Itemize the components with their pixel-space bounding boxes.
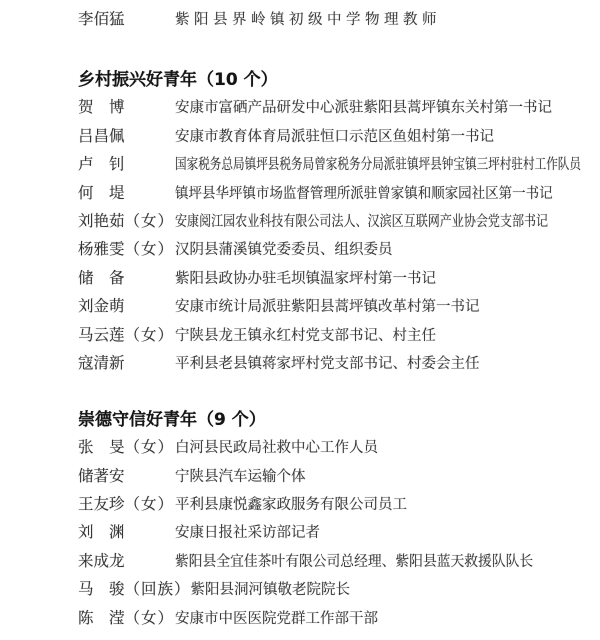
person-name-text: 储 备 <box>78 269 125 287</box>
section-title-virtue-integrity: 崇德守信好青年（9 个） <box>78 407 574 433</box>
person-name-text: 李佰猛 <box>78 10 125 28</box>
gender-annotation: （女） <box>125 609 175 627</box>
person-name: 来成龙 <box>78 547 175 575</box>
person-description: 安康阅江园农业科技有限公司法人、汉滨区互联网产业协会党支部书记 <box>175 208 548 236</box>
entry-row: 马云莲（女） 宁陕县龙王镇永红村党支部书记、村主任 <box>78 321 574 349</box>
entry-row: 张 旻（女） 白河县民政局社救中心工作人员 <box>78 433 574 461</box>
person-name: 储著安 <box>78 462 175 490</box>
person-name: 刘艳茹（女） <box>78 207 175 235</box>
person-name: 卢 钊 <box>78 150 175 178</box>
person-name-text: 张 旻 <box>78 438 125 456</box>
person-name-text: 贺 博 <box>78 98 125 116</box>
person-name-text: 刘艳茹 <box>78 212 125 230</box>
person-name: 陈 滢（女） <box>78 604 175 632</box>
section-title-rural-revitalization: 乡村振兴好青年（10 个） <box>78 67 574 93</box>
person-name: 王友珍（女） <box>78 490 175 518</box>
person-name: 贺 博 <box>78 93 175 121</box>
person-description: 白河县民政局社救中心工作人员 <box>175 434 378 462</box>
gender-annotation: （回族） <box>125 580 191 598</box>
person-name-text: 马 骏 <box>78 580 125 598</box>
person-name: 刘金萌 <box>78 292 175 320</box>
person-name: 储 备 <box>78 264 175 292</box>
person-name-text: 刘金萌 <box>78 297 125 315</box>
person-description: 安康市富硒产品研发中心派驻紫阳县蒿坪镇东关村第一书记 <box>175 94 552 122</box>
entry-row: 刘金萌 安康市统计局派驻紫阳县蒿坪镇改革村第一书记 <box>78 292 574 320</box>
person-description: 宁陕县汽车运输个体 <box>175 463 306 491</box>
person-name: 何 堤 <box>78 179 175 207</box>
entry-row: 储著安 宁陕县汽车运输个体 <box>78 462 574 490</box>
person-description: 紫阳县政协办驻毛坝镇温家坪村第一书记 <box>175 265 436 293</box>
person-name: 吕昌佩 <box>78 122 175 150</box>
person-description: 安康日报社采访部记者 <box>175 519 320 547</box>
person-name-text: 储著安 <box>78 467 125 485</box>
gender-annotation: （女） <box>125 240 175 258</box>
person-name-text: 寇清新 <box>78 354 125 372</box>
person-name: 刘 渊 <box>78 518 175 546</box>
entry-row: 何 堤 镇坪县华坪镇市场监督管理所派驻曾家镇和顺家园社区第一书记 <box>78 179 574 207</box>
person-name-text: 王友珍 <box>78 495 125 513</box>
entry-row: 刘艳茹（女） 安康阅江园农业科技有限公司法人、汉滨区互联网产业协会党支部书记 <box>78 207 574 235</box>
person-description: 紫阳县全宜佳茶叶有限公司总经理、紫阳县蓝天救援队队长 <box>175 548 533 576</box>
gender-annotation: （女） <box>125 326 175 344</box>
person-name-text: 马云莲 <box>78 326 125 344</box>
person-name-text: 卢 钊 <box>78 155 125 173</box>
gender-annotation: （女） <box>125 212 175 230</box>
person-description: 紫阳县界岭镇初级中学物理教师 <box>175 6 441 34</box>
person-description: 安康市教育体育局派驻恒口示范区鱼姐村第一书记 <box>175 123 494 151</box>
person-description: 汉阴县蒲溪镇党委委员、组织委员 <box>175 236 393 264</box>
scanned-document-page: 李佰猛 紫阳县界岭镇初级中学物理教师 乡村振兴好青年（10 个） 贺 博 安康市… <box>0 0 600 632</box>
entry-row: 吕昌佩 安康市教育体育局派驻恒口示范区鱼姐村第一书记 <box>78 122 574 150</box>
person-name-text: 杨雅雯 <box>78 240 125 258</box>
person-name-text: 来成龙 <box>78 552 125 570</box>
entry-row: 寇清新 平利县老县镇蒋家坪村党支部书记、村委会主任 <box>78 349 574 377</box>
entry-row: 储 备 紫阳县政协办驻毛坝镇温家坪村第一书记 <box>78 264 574 292</box>
person-description: 国家税务总局镇坪县税务局曾家税务分局派驻镇坪县钟宝镇三坪村驻村工作队员 <box>175 151 581 179</box>
person-name-text: 陈 滢 <box>78 609 125 627</box>
entry-row: 来成龙 紫阳县全宜佳茶叶有限公司总经理、紫阳县蓝天救援队队长 <box>78 547 574 575</box>
person-description: 镇坪县华坪镇市场监督管理所派驻曾家镇和顺家园社区第一书记 <box>175 180 553 208</box>
person-name: 杨雅雯（女） <box>78 235 175 263</box>
entry-row: 王友珍（女） 平利县康悦鑫家政服务有限公司员工 <box>78 490 574 518</box>
person-name: 寇清新 <box>78 349 175 377</box>
entry-row: 刘 渊 安康日报社采访部记者 <box>78 518 574 546</box>
person-name: 马 骏（回族） <box>78 575 191 603</box>
gender-annotation: （女） <box>125 495 175 513</box>
person-description: 紫阳县洞河镇敬老院院长 <box>191 576 351 604</box>
person-description: 宁陕县龙王镇永红村党支部书记、村主任 <box>175 322 436 350</box>
person-name: 李佰猛 <box>78 5 175 33</box>
entry-row: 李佰猛 紫阳县界岭镇初级中学物理教师 <box>78 5 574 33</box>
person-description: 平利县康悦鑫家政服务有限公司员工 <box>175 491 407 519</box>
entry-row: 卢 钊 国家税务总局镇坪县税务局曾家税务分局派驻镇坪县钟宝镇三坪村驻村工作队员 <box>78 150 574 178</box>
entry-row: 杨雅雯（女） 汉阴县蒲溪镇党委委员、组织委员 <box>78 235 574 263</box>
person-name: 张 旻（女） <box>78 433 175 461</box>
entry-row: 马 骏（回族） 紫阳县洞河镇敬老院院长 <box>78 575 574 603</box>
person-name-text: 吕昌佩 <box>78 127 125 145</box>
person-description: 安康市统计局派驻紫阳县蒿坪镇改革村第一书记 <box>175 293 480 321</box>
person-name-text: 何 堤 <box>78 184 125 202</box>
person-name-text: 刘 渊 <box>78 523 125 541</box>
entry-row: 陈 滢（女） 安康市中医医院党群工作部干部 <box>78 604 574 632</box>
person-description: 平利县老县镇蒋家坪村党支部书记、村委会主任 <box>175 350 480 378</box>
gender-annotation: （女） <box>125 438 175 456</box>
person-name: 马云莲（女） <box>78 321 175 349</box>
entry-row: 贺 博 安康市富硒产品研发中心派驻紫阳县蒿坪镇东关村第一书记 <box>78 93 574 121</box>
person-description: 安康市中医医院党群工作部干部 <box>175 605 378 633</box>
